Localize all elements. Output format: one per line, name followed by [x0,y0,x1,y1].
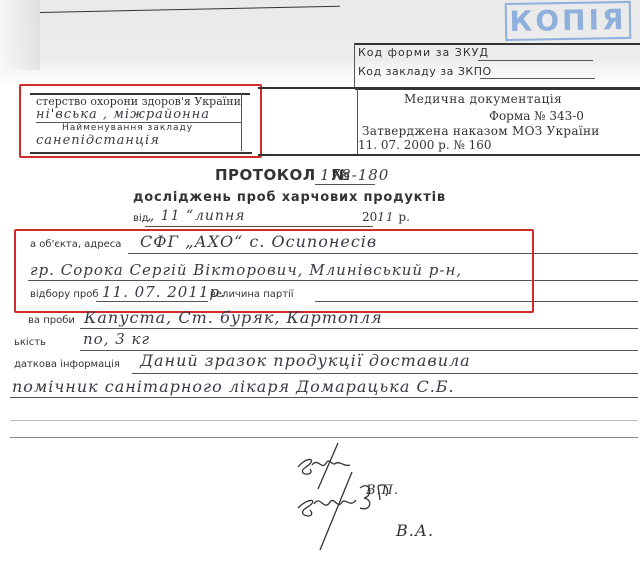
institution-code-field [480,78,595,79]
codes-left-border [354,43,355,88]
institution-code-label: Код закладу за ЗКПО [358,65,492,78]
extra-info-value: Даний зразок продукції доставила [140,351,471,370]
protocol-date-month: липня [195,208,245,224]
sample-name-rule [80,328,638,329]
extra-info-rule [132,373,638,374]
form-code-label: Код форми за ЗКУД [358,46,489,59]
meddoc-bottom-rule [258,154,640,156]
protocol-number-rule [315,184,375,185]
signature-3-initials: В.А. [396,521,434,540]
signature-2-initials: В.П. [366,483,399,498]
meddoc-title: Медична документація [404,92,562,106]
sample-name-value: Капуста, Ст. буряк, Картопля [84,308,383,327]
protocol-number: 178-180 [320,166,389,184]
object-address-box [14,229,534,313]
sample-name-label: ва проби [28,315,75,326]
top-scan-rule [40,6,340,13]
quantity-value: по, 3 кг [83,330,150,348]
protocol-date-rule [145,226,373,227]
protocol-year-prefix: 20 [362,210,377,224]
scanned-document-page: КОПІЯ Код форми за ЗКУД Код закладу за З… [0,0,640,563]
approved-date: 11. 07. 2000 р. № 160 [358,138,492,152]
approved-by: Затверджена наказом МОЗ України [362,124,600,138]
extra-info-label: даткова інформація [14,359,120,370]
codes-top-rule [355,43,640,45]
extra-info-line2-rule [10,397,638,398]
blank-rule [10,420,638,421]
form-number: Форма № 343-0 [489,109,584,123]
protocol-date-day: „ 11 “ [147,208,194,224]
form-code-field [478,60,593,61]
protocol-year-suffix: р. [398,210,410,224]
protocol-date-year: 2011 р. [362,210,410,224]
protocol-year-hand: 11 [377,210,394,224]
protocol-subtitle: досліджень проб харчових продуктів [133,190,446,205]
protocol-title-label: ПРОТОКОЛ [215,166,316,184]
meddoc-top-rule [258,87,640,89]
ministry-institution-box [19,84,262,158]
copy-stamp: КОПІЯ [505,1,632,41]
quantity-label: ькість [14,337,46,348]
extra-info-line2: помічник санітарного лікаря Домарацька С… [12,377,455,396]
